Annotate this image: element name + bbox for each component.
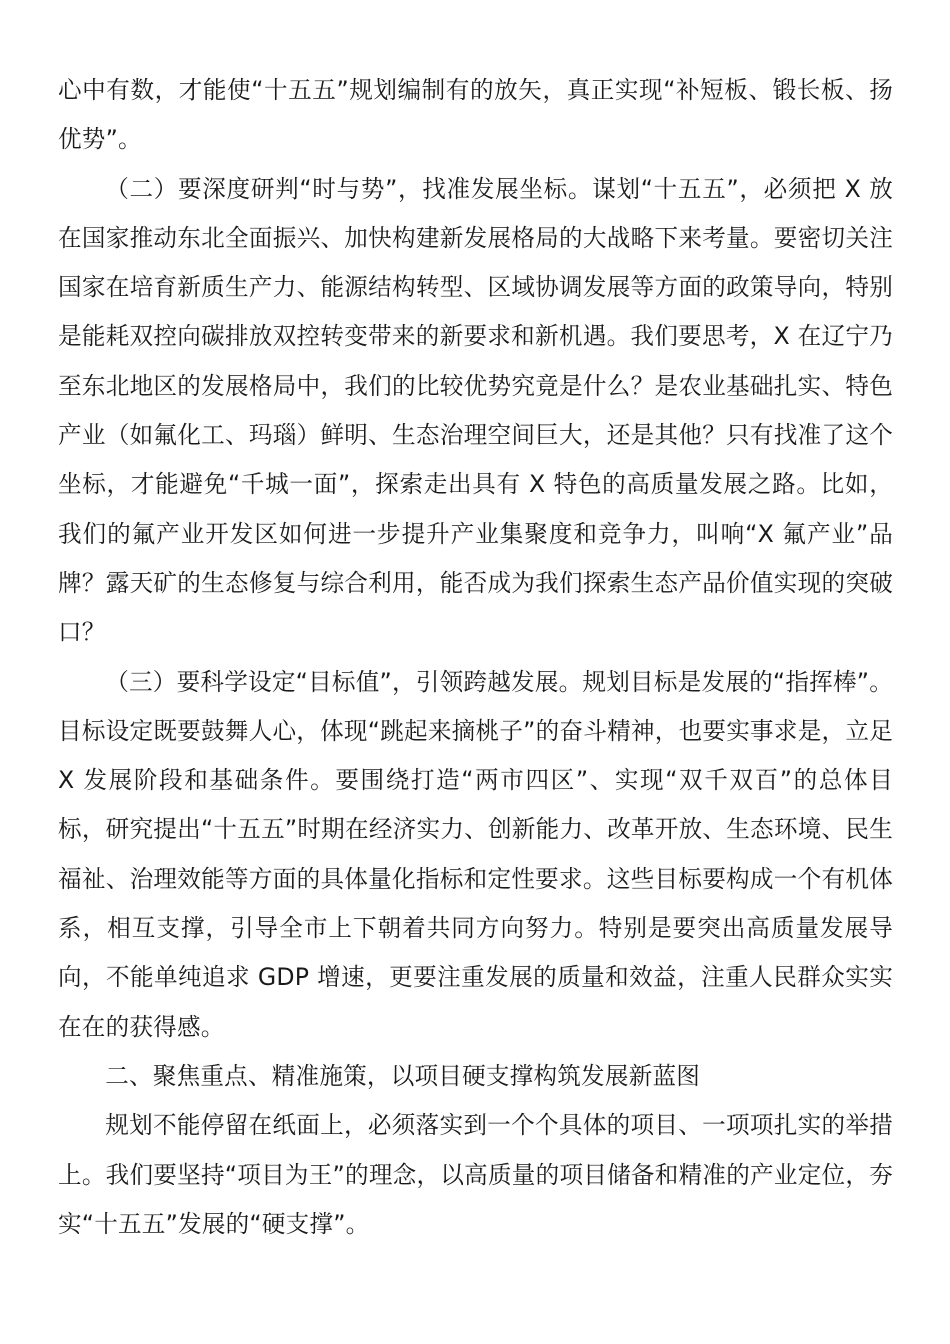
paragraph-section-2: （二）要深度研判“时与势”，找准发展坐标。谋划“十五五”，必须把 X 放在国家推… — [58, 165, 893, 658]
paragraph-section-3: （三）要科学设定“目标值”，引领跨越发展。规划目标是发展的“指挥棒”。目标设定既… — [58, 658, 893, 1052]
document-page: 心中有数，才能使“十五五”规划编制有的放矢，真正实现“补短板、锻长板、扬优势”。… — [58, 66, 893, 1249]
paragraph-intro: 规划不能停留在纸面上，必须落实到一个个具体的项目、一项项扎实的举措上。我们要坚持… — [58, 1101, 893, 1249]
section-heading: 二、聚焦重点、精准施策，以项目硬支撑构筑发展新蓝图 — [58, 1052, 893, 1101]
paragraph-continuation: 心中有数，才能使“十五五”规划编制有的放矢，真正实现“补短板、锻长板、扬优势”。 — [58, 66, 893, 165]
